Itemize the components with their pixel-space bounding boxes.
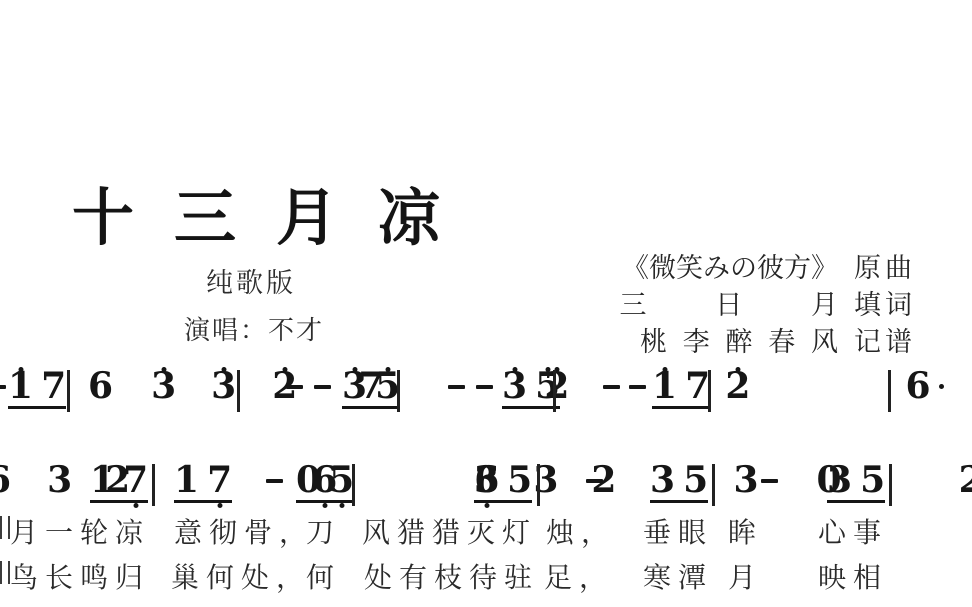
duration-dash [314,385,331,389]
barline [352,464,355,506]
barline [237,370,240,412]
lyric-segment: 巢何处， [171,556,311,596]
credit-original-song: 《微笑みの彼方》 原曲 [516,246,916,283]
barline [67,370,70,412]
song-title: 十三月凉 [72,168,480,257]
lyric-segment: 何 [306,556,341,596]
note: 7 [123,462,148,498]
octave-dot-high [161,367,166,372]
beam-group: 35 [827,462,885,503]
note: 3 [342,368,367,404]
duration-dash [603,385,620,389]
sheet-music-page: 十三月凉 纯歌版 演唱：不才 《微笑みの彼方》 原曲 三 日 月 填词 桃 李 … [0,0,972,607]
lyric-segment: 意彻骨， [174,511,314,551]
beam-group: 35 [474,462,532,503]
beam-group: 17 [90,462,148,503]
barline [888,370,891,412]
octave-dot-high [18,367,23,372]
credit-role: 记谱 [854,320,916,359]
lyric-segment: 风猎猎灭灯 [362,511,537,551]
barline [553,370,556,412]
note: 3 [502,368,527,404]
note: 3 [47,462,72,498]
clipped-glyph-fragment [0,561,10,584]
octave-dot-high [735,367,740,372]
note: 2 [725,368,750,404]
lyric-segment: 寒潭 [643,556,713,596]
note: 1 [652,368,677,404]
beam-group: 17 [174,462,232,503]
note: 3 [650,462,675,498]
lyric-segment: 月 [728,556,763,596]
octave-dot-high [545,367,550,372]
note: 7 [207,462,232,498]
lyric-segment: 心事 [818,511,888,551]
clipped-glyph-fragment [0,516,10,539]
note: 3 [211,368,236,404]
credit-lyricist: 三 日 月 填词 [516,283,916,320]
note: 7 [41,368,66,404]
note: 1 [8,368,33,404]
notation-line-1: 1763327352352176375 [0,368,972,428]
lyrics-line-1: 月一轮凉意彻骨，刀风猎猎灭灯烛，垂眼眸心事 [0,511,972,547]
note: 3 [733,462,758,498]
octave-dot-low [322,503,327,508]
note: 3 [827,462,852,498]
octave-dot-high [512,367,517,372]
lyrics-line-2: 鸟长鸣归巢何处，何处有枝待驻足，寒潭月映相 [0,556,972,592]
duration-dash [286,385,303,389]
lyric-segment: 烛， [546,511,616,551]
barline [712,464,715,506]
augmentation-dot [939,384,944,389]
lyric-segment: 垂眼 [643,511,713,551]
octave-dot-high [385,367,390,372]
note: 6 [905,368,930,404]
beam-group: 35 [650,462,708,503]
octave-dot-low [339,503,344,508]
duration-dash [448,385,465,389]
lyric-segment: 鸟长鸣归 [10,556,150,596]
credit-role: 原曲 [854,246,916,285]
beam-group: 35 [342,368,400,409]
octave-dot-low [133,503,138,508]
octave-dot-high [352,367,357,372]
note: 3 [151,368,176,404]
performer-credit: 演唱：不才 [184,310,324,347]
note: 6 [88,368,113,404]
note: 5 [507,462,532,498]
lyric-segment: 处有枝待驻 [364,556,539,596]
duration-dash [476,385,493,389]
octave-dot-high [662,367,667,372]
octave-dot-high [282,367,287,372]
barline [397,370,400,412]
credits-block: 《微笑みの彼方》 原曲 三 日 月 填词 桃 李 醉 春 风 记谱 [516,246,916,357]
note: 5 [683,462,708,498]
barline [537,464,540,506]
note: 5 [329,462,354,498]
lyric-segment: 映相 [818,556,888,596]
octave-dot-low [217,503,222,508]
duration-dash [629,385,646,389]
note: 1 [90,462,115,498]
duration-dash [0,385,6,389]
octave-dot-high [221,367,226,372]
barline [152,464,155,506]
lyric-segment: 足， [544,556,614,596]
beam-group: 17 [652,368,710,409]
beam-group: 05 [296,462,354,503]
note: 5 [535,368,560,404]
beam-group: 35 [502,368,560,409]
beam-group: 17 [8,368,66,409]
lyric-segment: 眸 [728,511,763,551]
version-subtitle: 纯歌版 [206,261,296,300]
credit-role: 填词 [854,283,916,322]
credit-name: 桃 李 醉 春 风 [640,320,838,359]
barline [889,464,892,506]
octave-dot-low [484,503,489,508]
note: 3 [474,462,499,498]
duration-dash [266,479,283,483]
note: 2 [959,462,972,498]
note: 6 [0,462,11,498]
credit-name: 三 日 月 [620,283,839,322]
credit-name: 《微笑みの彼方》 [622,246,838,285]
note: 1 [174,462,199,498]
note: 7 [685,368,710,404]
credit-transcriber: 桃 李 醉 春 风 记谱 [516,320,916,357]
note: 5 [860,462,885,498]
duration-dash [586,479,603,483]
duration-dash [761,479,778,483]
lyric-segment: 月一轮凉 [10,511,150,551]
lyric-segment: 刀 [306,511,341,551]
barline [708,370,711,412]
note: 0 [296,462,321,498]
